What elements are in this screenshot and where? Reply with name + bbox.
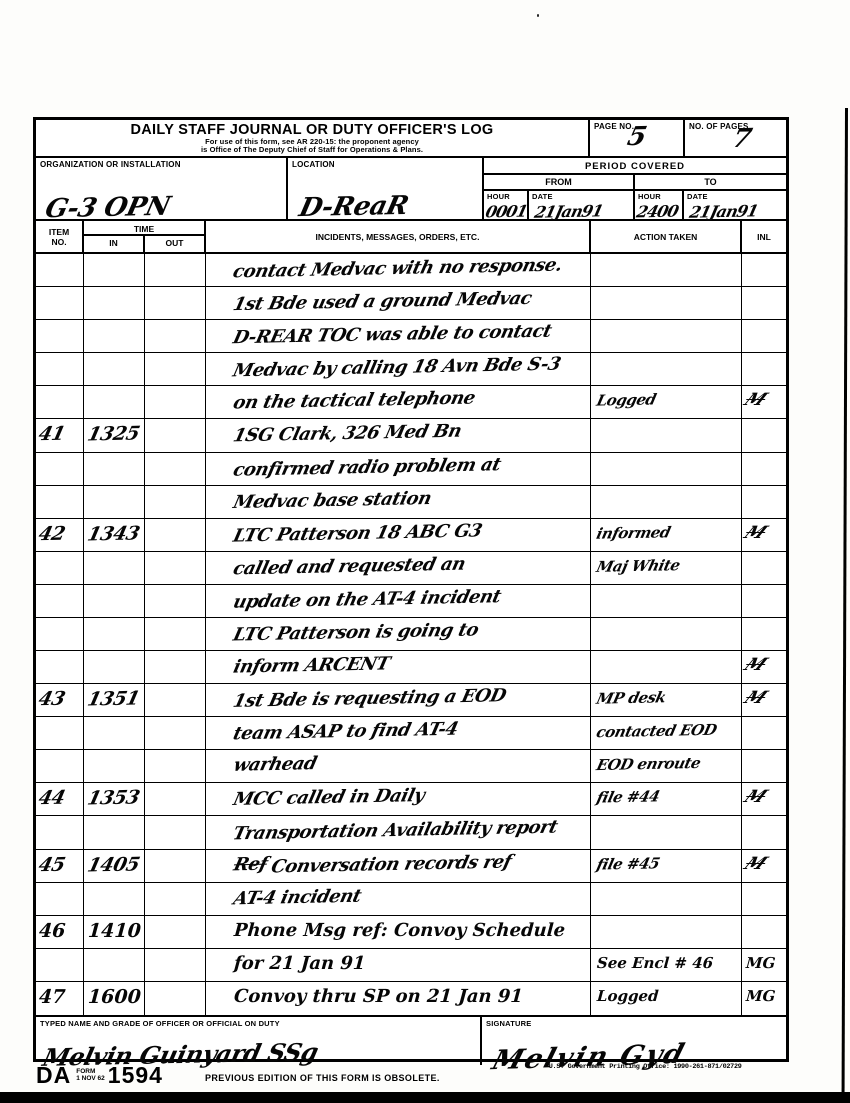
time-in-cell bbox=[84, 750, 145, 782]
initials-cell bbox=[742, 453, 786, 485]
action-cell bbox=[591, 353, 742, 385]
form-date: 1 NOV 62 bbox=[76, 1075, 105, 1082]
no-of-pages-box: NO. OF PAGES 7 bbox=[685, 120, 786, 156]
time-in-value: 1325 bbox=[84, 419, 142, 450]
time-in-cell bbox=[84, 585, 145, 617]
initials-cell bbox=[742, 254, 786, 286]
table-row: update on the AT-4 incident bbox=[36, 585, 786, 618]
form-number-group: DA FORM 1 NOV 62 1594 bbox=[36, 1063, 163, 1087]
form-title: DAILY STAFF JOURNAL OR DUTY OFFICER'S LO… bbox=[36, 123, 588, 138]
time-in-cell: 1600 bbox=[84, 982, 145, 1015]
initials-cell: MG bbox=[742, 949, 786, 981]
incident-text: Medvac base station bbox=[230, 484, 434, 518]
initials-value: M bbox=[737, 850, 773, 878]
time-out-cell bbox=[145, 386, 206, 418]
time-in-cell bbox=[84, 386, 145, 418]
incident-cell: Phone Msg ref: Convoy Schedule bbox=[206, 916, 591, 948]
action-text: MP desk bbox=[594, 683, 669, 712]
item-no-value: 43 bbox=[36, 684, 68, 715]
incident-text: warhead bbox=[230, 749, 319, 781]
incident-cell: contact Medvac with no response. bbox=[206, 254, 591, 286]
action-cell bbox=[591, 618, 742, 650]
period-covered-label: PERIOD COVERED bbox=[484, 158, 786, 175]
table-row: team ASAP to find AT-4contacted EOD bbox=[36, 717, 786, 750]
time-in-value: 1410 bbox=[87, 916, 142, 946]
action-cell: EOD enroute bbox=[591, 750, 742, 782]
action-cell: See Encl # 46 bbox=[591, 949, 742, 981]
incident-text: 1SG Clark, 326 Med Bn bbox=[230, 417, 464, 452]
table-row: warheadEOD enroute bbox=[36, 750, 786, 783]
initials-cell bbox=[742, 320, 786, 352]
time-out-cell bbox=[145, 585, 206, 617]
incident-text: called and requested an bbox=[230, 549, 468, 584]
to-hour-box: HOUR 2400 bbox=[635, 191, 684, 219]
incident-text: Medvac by calling 18 Avn Bde S-3 bbox=[230, 350, 564, 387]
time-in-cell bbox=[84, 486, 145, 518]
table-row: 451405RefConversation records reffile #4… bbox=[36, 850, 786, 883]
table-row: inform ARCENTM bbox=[36, 651, 786, 684]
item-no-cell bbox=[36, 717, 84, 749]
time-out-cell bbox=[145, 982, 206, 1015]
item-no-cell bbox=[36, 486, 84, 518]
incident-text: 1st Bde is requesting a EOD bbox=[230, 681, 509, 717]
incident-cell: 1st Bde is requesting a EOD bbox=[206, 684, 591, 716]
time-in-cell: 1325 bbox=[84, 419, 145, 451]
typed-name-box: TYPED NAME AND GRADE OF OFFICER OR OFFIC… bbox=[36, 1017, 482, 1065]
table-row: AT-4 incident bbox=[36, 883, 786, 916]
item-no-cell bbox=[36, 320, 84, 352]
action-cell: Logged bbox=[591, 982, 742, 1015]
from-hour-box: HOUR 0001 bbox=[484, 191, 529, 219]
form-subtitle-2: is Office of The Deputy Chief of Staff f… bbox=[36, 146, 588, 154]
incident-text: Conversation records ref bbox=[268, 847, 514, 882]
initials-cell bbox=[742, 287, 786, 319]
item-no-cell: 42 bbox=[36, 519, 84, 551]
scan-speck bbox=[537, 14, 539, 17]
time-out-cell bbox=[145, 783, 206, 815]
incident-text: LTC Patterson is going to bbox=[230, 615, 481, 650]
initials-value: M bbox=[737, 519, 773, 547]
to-date-box: DATE 21Jan91 bbox=[684, 191, 786, 219]
from-date-value: 21Jan91 bbox=[533, 201, 605, 221]
incident-text: on the tactical telephone bbox=[230, 384, 478, 419]
to-date-value: 21Jan91 bbox=[688, 201, 760, 221]
initials-cell bbox=[742, 419, 786, 451]
da-text: DA bbox=[36, 1063, 71, 1087]
time-in-cell bbox=[84, 883, 145, 915]
table-row: called and requested anMaj White bbox=[36, 552, 786, 585]
item-no-cell bbox=[36, 618, 84, 650]
item-no-cell: 46 bbox=[36, 916, 84, 948]
action-cell: Logged bbox=[591, 386, 742, 418]
initials-cell: M bbox=[742, 850, 786, 882]
incident-cell: 1st Bde used a ground Medvac bbox=[206, 287, 591, 319]
action-cell bbox=[591, 254, 742, 286]
action-cell bbox=[591, 651, 742, 683]
time-in-value: 1353 bbox=[84, 783, 142, 814]
item-no-cell bbox=[36, 816, 84, 848]
table-row: 421343LTC Patterson 18 ABC G3informedM bbox=[36, 519, 786, 552]
time-in-value: 1600 bbox=[87, 982, 142, 1012]
to-date-label: DATE bbox=[684, 191, 786, 201]
item-no-cell bbox=[36, 585, 84, 617]
signature-box: SIGNATURE Melvin Gyd bbox=[482, 1017, 786, 1065]
typed-name-label: TYPED NAME AND GRADE OF OFFICER OR OFFIC… bbox=[36, 1017, 480, 1028]
gpo-notice: *U.S. Government Printing Office: 1990-2… bbox=[545, 1063, 742, 1071]
action-cell: file #45 bbox=[591, 850, 742, 882]
item-no-value: 46 bbox=[38, 916, 67, 946]
item-no-cell: 47 bbox=[36, 982, 84, 1015]
incident-cell: called and requested an bbox=[206, 552, 591, 584]
time-in-value: 1351 bbox=[84, 684, 142, 715]
time-out-cell bbox=[145, 651, 206, 683]
hour-date-band: HOUR 0001 DATE 21Jan91 HOUR 2400 DATE 21… bbox=[484, 191, 786, 219]
incident-text: for 21 Jan 91 bbox=[233, 949, 367, 979]
initials-value: M bbox=[737, 684, 773, 712]
item-no-value: 45 bbox=[36, 849, 68, 880]
from-hour-value: 0001 bbox=[484, 202, 529, 222]
action-cell bbox=[591, 883, 742, 915]
time-in-cell: 1410 bbox=[84, 916, 145, 948]
time-in-cell bbox=[84, 287, 145, 319]
incident-cell: LTC Patterson 18 ABC G3 bbox=[206, 519, 591, 551]
time-out-cell bbox=[145, 883, 206, 915]
item-no-cell bbox=[36, 949, 84, 981]
time-in-cell bbox=[84, 949, 145, 981]
table-row: Medvac base station bbox=[36, 486, 786, 519]
time-out-cell bbox=[145, 816, 206, 848]
item-no-cell bbox=[36, 750, 84, 782]
time-out-cell bbox=[145, 320, 206, 352]
action-text: file #45 bbox=[594, 849, 663, 878]
initials-cell bbox=[742, 816, 786, 848]
time-out-cell bbox=[145, 486, 206, 518]
signature-label: SIGNATURE bbox=[482, 1017, 786, 1028]
action-cell bbox=[591, 453, 742, 485]
initials-cell: M bbox=[742, 519, 786, 551]
initials-cell bbox=[742, 552, 786, 584]
action-cell bbox=[591, 916, 742, 948]
time-in-cell bbox=[84, 453, 145, 485]
incident-cell: Medvac by calling 18 Avn Bde S-3 bbox=[206, 353, 591, 385]
time-header: TIME bbox=[84, 221, 204, 236]
initials-cell: M bbox=[742, 386, 786, 418]
struck-text: Ref bbox=[230, 849, 270, 880]
period-covered-box: PERIOD COVERED FROM TO HOUR 0001 DATE 21… bbox=[484, 158, 786, 219]
incident-cell: inform ARCENT bbox=[206, 651, 591, 683]
time-in-cell bbox=[84, 651, 145, 683]
initials-cell: M bbox=[742, 651, 786, 683]
from-label: FROM bbox=[484, 175, 635, 189]
action-text: See Encl # 46 bbox=[596, 949, 714, 977]
initials-cell: MG bbox=[742, 982, 786, 1015]
incident-text: inform ARCENT bbox=[230, 649, 392, 682]
incident-cell: warhead bbox=[206, 750, 591, 782]
incident-text: Phone Msg ref: Convoy Schedule bbox=[233, 916, 566, 946]
initials-value: M bbox=[737, 651, 773, 679]
incident-text: contact Medvac with no response. bbox=[230, 251, 565, 288]
location-box: LOCATION D-ReaR bbox=[288, 158, 484, 219]
incident-text: 1st Bde used a ground Medvac bbox=[230, 284, 535, 320]
initials-cell bbox=[742, 585, 786, 617]
item-no-cell: 44 bbox=[36, 783, 84, 815]
time-in-cell bbox=[84, 618, 145, 650]
incident-text: Transportation Availability report bbox=[230, 813, 561, 850]
location-label: LOCATION bbox=[288, 158, 482, 169]
log-table-body: contact Medvac with no response.1st Bde … bbox=[36, 254, 786, 1015]
time-in-cell bbox=[84, 552, 145, 584]
item-no-cell bbox=[36, 353, 84, 385]
from-date-label: DATE bbox=[529, 191, 633, 201]
table-row: 441353MCC called in Dailyfile #44M bbox=[36, 783, 786, 816]
to-hour-label: HOUR bbox=[635, 191, 682, 201]
scan-edge-right bbox=[842, 108, 848, 1103]
col-header-item-no: ITEM NO. bbox=[36, 221, 84, 252]
action-text: informed bbox=[594, 518, 674, 548]
time-out-cell bbox=[145, 353, 206, 385]
org-location-period: ORGANIZATION OR INSTALLATION G-3 OPN LOC… bbox=[36, 158, 786, 221]
col-header-incidents: INCIDENTS, MESSAGES, ORDERS, ETC. bbox=[206, 221, 591, 252]
item-no-cell: 43 bbox=[36, 684, 84, 716]
incident-cell: update on the AT-4 incident bbox=[206, 585, 591, 617]
item-no-cell bbox=[36, 883, 84, 915]
initials-value: MG bbox=[745, 949, 776, 977]
action-cell: MP desk bbox=[591, 684, 742, 716]
scan-edge-bottom bbox=[0, 1092, 850, 1103]
initials-cell bbox=[742, 353, 786, 385]
item-header-line2: NO. bbox=[51, 237, 66, 247]
time-in-value: 1405 bbox=[84, 849, 142, 880]
action-cell bbox=[591, 419, 742, 451]
log-table-header: ITEM NO. TIME IN OUT INCIDENTS, MESSAGES… bbox=[36, 221, 786, 254]
item-no-cell bbox=[36, 287, 84, 319]
action-cell bbox=[591, 287, 742, 319]
table-row: 1st Bde used a ground Medvac bbox=[36, 287, 786, 320]
table-row: 4313511st Bde is requesting a EODMP desk… bbox=[36, 684, 786, 717]
action-cell bbox=[591, 816, 742, 848]
table-row: 461410Phone Msg ref: Convoy Schedule bbox=[36, 916, 786, 949]
time-in-cell bbox=[84, 320, 145, 352]
item-no-cell: 41 bbox=[36, 419, 84, 451]
item-no-cell bbox=[36, 254, 84, 286]
action-cell: contacted EOD bbox=[591, 717, 742, 749]
table-row: contact Medvac with no response. bbox=[36, 254, 786, 287]
initials-cell bbox=[742, 618, 786, 650]
organization-value: G-3 OPN bbox=[42, 192, 173, 225]
action-cell bbox=[591, 486, 742, 518]
time-out-cell bbox=[145, 419, 206, 451]
initials-cell: M bbox=[742, 684, 786, 716]
incident-cell: Transportation Availability report bbox=[206, 816, 591, 848]
time-out-cell bbox=[145, 254, 206, 286]
table-row: 4113251SG Clark, 326 Med Bn bbox=[36, 419, 786, 452]
form-footer: DA FORM 1 NOV 62 1594 PREVIOUS EDITION O… bbox=[33, 1063, 823, 1091]
out-header: OUT bbox=[145, 236, 204, 252]
incident-text: D-REAR TOC was able to contact bbox=[230, 317, 555, 354]
from-date-box: DATE 21Jan91 bbox=[529, 191, 635, 219]
title-block: DAILY STAFF JOURNAL OR DUTY OFFICER'S LO… bbox=[36, 120, 590, 156]
incident-text: Convoy thru SP on 21 Jan 91 bbox=[233, 982, 524, 1012]
incident-text: MCC called in Daily bbox=[230, 781, 427, 815]
item-no-cell bbox=[36, 651, 84, 683]
col-header-time: TIME IN OUT bbox=[84, 221, 206, 252]
time-out-cell bbox=[145, 949, 206, 981]
action-cell bbox=[591, 320, 742, 352]
item-no-value: 42 bbox=[36, 518, 68, 549]
initials-value: MG bbox=[745, 982, 776, 1010]
organization-box: ORGANIZATION OR INSTALLATION G-3 OPN bbox=[36, 158, 288, 219]
time-out-cell bbox=[145, 750, 206, 782]
item-no-value: 41 bbox=[36, 419, 68, 450]
item-no-cell bbox=[36, 552, 84, 584]
initials-cell bbox=[742, 883, 786, 915]
item-no-value: 44 bbox=[36, 783, 68, 814]
initials-value: M bbox=[737, 783, 773, 811]
incident-text: AT-4 incident bbox=[230, 881, 364, 914]
time-in-cell: 1343 bbox=[84, 519, 145, 551]
action-text: Logged bbox=[596, 982, 660, 1010]
col-header-action: ACTION TAKEN bbox=[591, 221, 742, 252]
form-header: DAILY STAFF JOURNAL OR DUTY OFFICER'S LO… bbox=[36, 120, 786, 158]
time-out-cell bbox=[145, 287, 206, 319]
table-row: D-REAR TOC was able to contact bbox=[36, 320, 786, 353]
initials-cell bbox=[742, 717, 786, 749]
incident-cell: Medvac base station bbox=[206, 486, 591, 518]
time-in-cell bbox=[84, 816, 145, 848]
incident-cell: Convoy thru SP on 21 Jan 91 bbox=[206, 982, 591, 1015]
item-no-cell bbox=[36, 453, 84, 485]
table-row: Transportation Availability report bbox=[36, 816, 786, 849]
time-out-cell bbox=[145, 453, 206, 485]
action-cell bbox=[591, 585, 742, 617]
time-out-cell bbox=[145, 618, 206, 650]
obsolete-notice: PREVIOUS EDITION OF THIS FORM IS OBSOLET… bbox=[205, 1073, 440, 1083]
action-text: EOD enroute bbox=[594, 749, 704, 779]
incident-cell: for 21 Jan 91 bbox=[206, 949, 591, 981]
time-in-cell bbox=[84, 254, 145, 286]
incident-cell: on the tactical telephone bbox=[206, 386, 591, 418]
table-row: LTC Patterson is going to bbox=[36, 618, 786, 651]
form-word: FORM bbox=[76, 1068, 95, 1075]
incident-cell: 1SG Clark, 326 Med Bn bbox=[206, 419, 591, 451]
incident-text: confirmed radio problem at bbox=[230, 450, 504, 486]
incident-cell: confirmed radio problem at bbox=[206, 453, 591, 485]
item-no-cell bbox=[36, 386, 84, 418]
time-in-value: 1343 bbox=[84, 518, 142, 549]
initials-value: M bbox=[737, 386, 773, 414]
action-cell: Maj White bbox=[591, 552, 742, 584]
time-out-cell bbox=[145, 717, 206, 749]
form-number: 1594 bbox=[108, 1063, 163, 1087]
incident-cell: RefConversation records ref bbox=[206, 850, 591, 882]
signature-band: TYPED NAME AND GRADE OF OFFICER OR OFFIC… bbox=[36, 1015, 786, 1065]
time-in-cell bbox=[84, 717, 145, 749]
time-out-cell bbox=[145, 850, 206, 882]
da-form-1594: DAILY STAFF JOURNAL OR DUTY OFFICER'S LO… bbox=[33, 117, 789, 1062]
time-out-cell bbox=[145, 519, 206, 551]
table-row: 471600Convoy thru SP on 21 Jan 91LoggedM… bbox=[36, 982, 786, 1015]
organization-label: ORGANIZATION OR INSTALLATION bbox=[36, 158, 286, 169]
incident-text: LTC Patterson 18 ABC G3 bbox=[230, 516, 485, 551]
action-text: file #44 bbox=[594, 783, 663, 812]
table-row: Medvac by calling 18 Avn Bde S-3 bbox=[36, 353, 786, 386]
incident-cell: team ASAP to find AT-4 bbox=[206, 717, 591, 749]
item-no-value: 47 bbox=[38, 982, 67, 1012]
time-out-cell bbox=[145, 552, 206, 584]
table-row: for 21 Jan 91See Encl # 46MG bbox=[36, 949, 786, 982]
initials-cell bbox=[742, 486, 786, 518]
incident-cell: LTC Patterson is going to bbox=[206, 618, 591, 650]
in-header: IN bbox=[84, 236, 145, 252]
incident-cell: MCC called in Daily bbox=[206, 783, 591, 815]
item-header-line1: ITEM bbox=[49, 227, 69, 237]
action-text: Maj White bbox=[594, 551, 683, 581]
table-row: on the tactical telephoneLoggedM bbox=[36, 386, 786, 419]
incident-text: update on the AT-4 incident bbox=[230, 582, 504, 618]
incident-text: team ASAP to find AT-4 bbox=[230, 715, 461, 750]
initials-cell bbox=[742, 916, 786, 948]
incident-cell: D-REAR TOC was able to contact bbox=[206, 320, 591, 352]
to-hour-value: 2400 bbox=[635, 202, 680, 222]
page-no-box: PAGE NO. 5 bbox=[590, 120, 685, 156]
time-in-cell bbox=[84, 353, 145, 385]
item-no-cell: 45 bbox=[36, 850, 84, 882]
time-in-cell: 1353 bbox=[84, 783, 145, 815]
time-in-cell: 1405 bbox=[84, 850, 145, 882]
initials-cell bbox=[742, 750, 786, 782]
location-value: D-ReaR bbox=[296, 191, 411, 223]
table-row: confirmed radio problem at bbox=[36, 453, 786, 486]
to-label: TO bbox=[635, 175, 786, 189]
action-cell: informed bbox=[591, 519, 742, 551]
time-out-cell bbox=[145, 684, 206, 716]
col-header-inl: INL bbox=[742, 221, 786, 252]
time-in-cell: 1351 bbox=[84, 684, 145, 716]
from-hour-label: HOUR bbox=[484, 191, 527, 201]
time-out-cell bbox=[145, 916, 206, 948]
incident-cell: AT-4 incident bbox=[206, 883, 591, 915]
form-edition: FORM 1 NOV 62 bbox=[76, 1068, 105, 1082]
from-to-band: FROM TO bbox=[484, 175, 786, 191]
action-text: Logged bbox=[594, 386, 659, 415]
action-cell: file #44 bbox=[591, 783, 742, 815]
initials-cell: M bbox=[742, 783, 786, 815]
action-text: contacted EOD bbox=[594, 716, 720, 746]
